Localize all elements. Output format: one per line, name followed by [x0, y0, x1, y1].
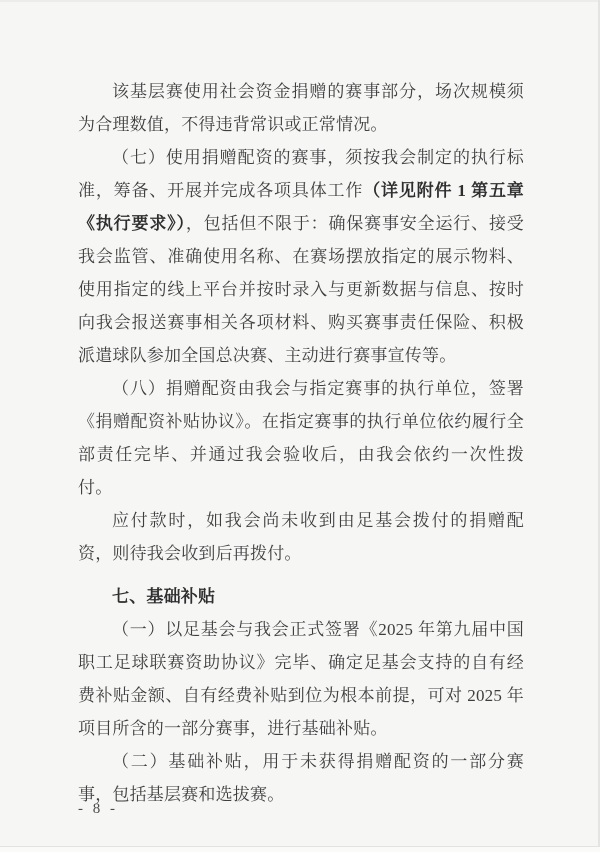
scan-edge-bottom — [0, 846, 600, 852]
text-run: ，包括但不限于：确保赛事安全运行、接受我会监管、准确使用名称、在赛场摆放指定的展… — [78, 214, 524, 365]
paragraph: （七）使用捐赠配资的赛事，须按我会制定的执行标准，筹备、开展并完成各项具体工作（… — [78, 141, 524, 372]
paragraph: 应付款时，如我会尚未收到由足基会拨付的捐赠配资，则待我会收到后再拨付。 — [78, 504, 524, 570]
paragraph: （二）基础补贴，用于未获得捐赠配资的一部分赛事，包括基层赛和选拔赛。 — [78, 745, 524, 811]
paragraph: （一）以足基会与我会正式签署《2025 年第九届中国职工足球联赛资助协议》完毕、… — [78, 613, 524, 745]
text-run: 该基层赛使用社会资金捐赠的赛事部分，场次规模须为合理数值，不得违背常识或正常情况… — [78, 82, 524, 134]
scanned-document-page: 该基层赛使用社会资金捐赠的赛事部分，场次规模须为合理数值，不得违背常识或正常情况… — [0, 0, 600, 852]
page-number: - 8 - — [78, 801, 118, 818]
scan-edge-top — [0, 0, 600, 2]
document-body: 该基层赛使用社会资金捐赠的赛事部分，场次规模须为合理数值，不得违背常识或正常情况… — [78, 75, 524, 811]
text-run: （一）以足基会与我会正式签署《2025 年第九届中国职工足球联赛资助协议》完毕、… — [78, 620, 524, 738]
paragraph: （八）捐赠配资由我会与指定赛事的执行单位，签署《捐赠配资补贴协议》。在指定赛事的… — [78, 372, 524, 504]
section-heading: 七、基础补贴 — [78, 580, 524, 613]
text-run: 七、基础补贴 — [112, 587, 215, 606]
paragraph: 该基层赛使用社会资金捐赠的赛事部分，场次规模须为合理数值，不得违背常识或正常情况… — [78, 75, 524, 141]
text-run: （二）基础补贴，用于未获得捐赠配资的一部分赛事，包括基层赛和选拔赛。 — [78, 752, 524, 804]
text-run: （八）捐赠配资由我会与指定赛事的执行单位，签署《捐赠配资补贴协议》。在指定赛事的… — [78, 379, 524, 497]
text-run: 应付款时，如我会尚未收到由足基会拨付的捐赠配资，则待我会收到后再拨付。 — [78, 511, 524, 563]
